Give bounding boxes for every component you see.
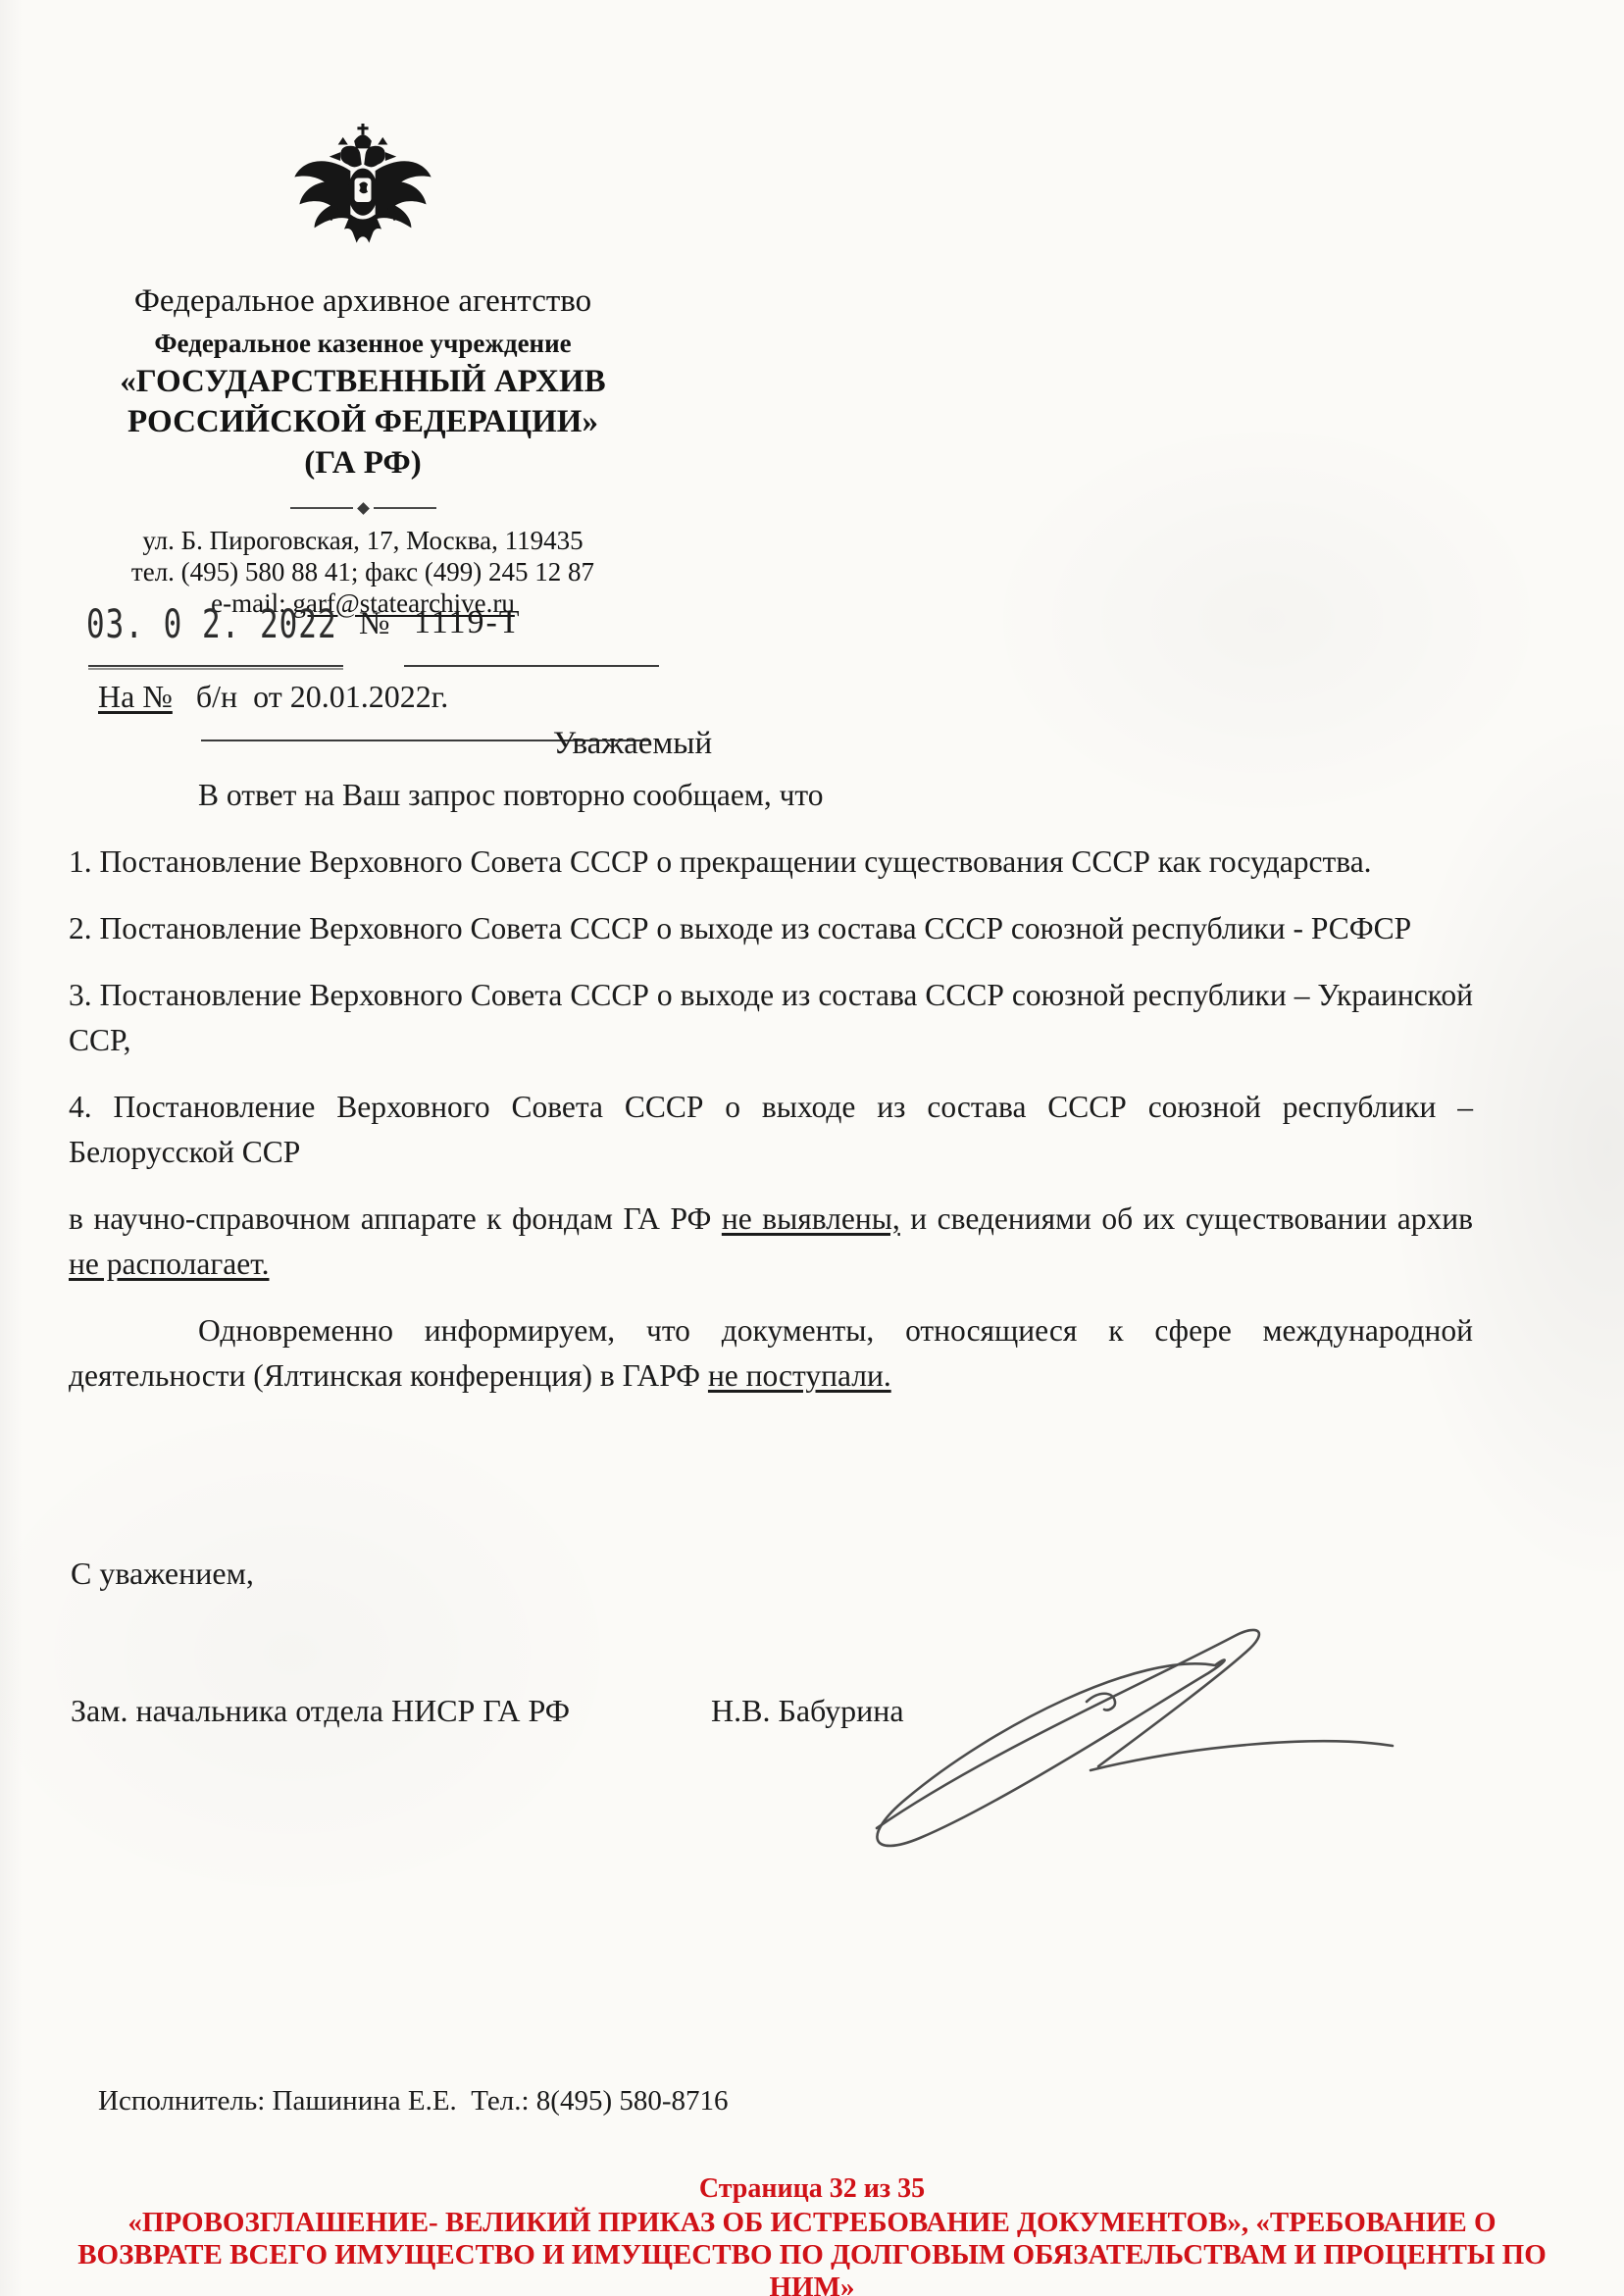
rule-under-number xyxy=(404,665,659,667)
incoming-reference-value: б/н от 20.01.2022г. xyxy=(173,679,448,714)
list-item-2: 2. Постановление Верховного Совета СССР … xyxy=(69,906,1473,951)
conclusion-underlined-1: не выявлены, xyxy=(722,1201,900,1236)
signer-title: Зам. начальника отдела НИСР ГА РФ xyxy=(71,1693,570,1729)
organization-name: «ГОСУДАРСТВЕННЫЙ АРХИВ РОССИЙСКОЙ ФЕДЕРА… xyxy=(69,362,657,442)
russian-coat-of-arms-icon xyxy=(288,124,437,273)
date-stamp: 03. 0 2. 2022 xyxy=(86,602,337,647)
incoming-reference-label: На № xyxy=(98,679,173,714)
phone-fax-line: тел. (495) 580 88 41; факс (499) 245 12 … xyxy=(69,556,657,587)
note-paragraph: Одновременно информируем, что документы,… xyxy=(69,1308,1473,1399)
organization-name-line2: РОССИЙСКОЙ ФЕДЕРАЦИИ» xyxy=(69,402,657,442)
organization-abbreviation: (ГА РФ) xyxy=(69,445,657,482)
number-sign: № xyxy=(359,606,390,642)
note-underlined-1: не поступали. xyxy=(708,1358,891,1393)
footer-document-title: «ПРОВОЗГЛАШЕНИЕ- ВЕЛИКИЙ ПРИКАЗ ОБ ИСТРЕ… xyxy=(62,2207,1562,2296)
rule-under-date xyxy=(88,665,343,667)
footer-page-number: Страница 32 из 35 xyxy=(0,2173,1624,2205)
conclusion-underlined-2: не располагает. xyxy=(69,1247,269,1281)
divider-diamond-icon xyxy=(357,502,370,515)
postal-address: ул. Б. Пироговская, 17, Москва, 119435 xyxy=(69,525,657,556)
salutation: Уважаемый xyxy=(69,726,1196,762)
executor-line: Исполнитель: Пашинина Е.Е. Тел.: 8(495) … xyxy=(98,2085,729,2117)
divider-bar-left xyxy=(290,507,353,509)
institution-type: Федеральное казенное учреждение xyxy=(69,329,657,359)
signature-handwritten xyxy=(845,1607,1426,1863)
scanned-letter-page: Федеральное архивное агентство Федеральн… xyxy=(0,0,1624,2296)
list-item-4: 4. Постановление Верховного Совета СССР … xyxy=(69,1085,1473,1175)
incoming-reference: На № б/н от 20.01.2022г. xyxy=(98,679,448,715)
list-item-3: 3. Постановление Верховного Совета СССР … xyxy=(69,973,1473,1063)
closing-phrase: С уважением, xyxy=(71,1556,254,1592)
letterhead: Федеральное архивное агентство Федеральн… xyxy=(69,0,657,619)
list-item-1: 1. Постановление Верховного Совета СССР … xyxy=(69,840,1473,885)
agency-name: Федеральное архивное агентство xyxy=(69,283,657,320)
divider-ornament xyxy=(69,503,657,513)
conclusion-text-2: и сведениями об их существовании архив xyxy=(900,1201,1473,1236)
conclusion-text-1: в научно-справочном аппарате к фондам ГА… xyxy=(69,1201,722,1236)
conclusion-paragraph: в научно-справочном аппарате к фондам ГА… xyxy=(69,1197,1473,1287)
intro-paragraph: В ответ на Ваш запрос повторно сообщаем,… xyxy=(69,773,1473,818)
divider-bar-right xyxy=(374,507,436,509)
outgoing-number: 1119-Т xyxy=(414,604,522,641)
organization-name-line1: «ГОСУДАРСТВЕННЫЙ АРХИВ xyxy=(69,362,657,402)
letter-body: В ответ на Ваш запрос повторно сообщаем,… xyxy=(69,773,1473,1420)
